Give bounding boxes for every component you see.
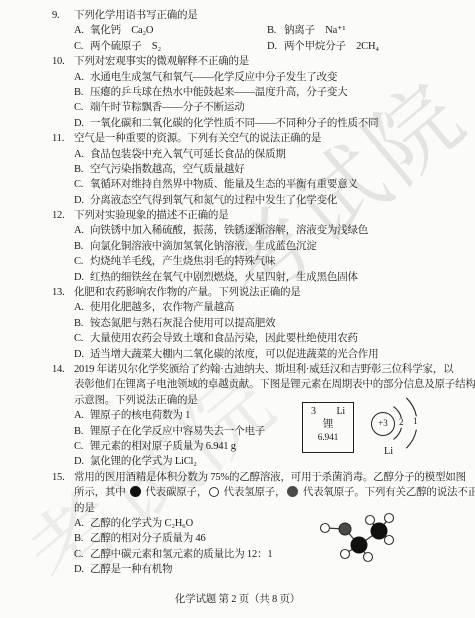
- option-text: 适当增大蔬菜大棚内二氧化碳的浓度，可以促进蔬菜的光合作用: [90, 347, 378, 362]
- question-number: 11.: [52, 131, 64, 146]
- option-label: C.: [74, 100, 83, 115]
- question-stem-line: 常用的医用酒精是体积分数为 75%的乙醇溶液，可用于杀菌消毒。乙醇分子的模型如图: [74, 470, 466, 485]
- option-row: A. 氧化钙 Ca₂O B. 钠离子 Na⁺¹: [0, 23, 475, 38]
- question-number: 14.: [52, 362, 65, 377]
- question-header: 9. 下列化学用语书写正确的是: [0, 8, 475, 23]
- question-10: 10. 下列对宏观事实的微观解释不正确的是 A. 水通电生成氢气和氧气——化学反…: [0, 54, 475, 131]
- element-mass: 6.941: [303, 432, 353, 444]
- question-stem: 下列化学用语书写正确的是: [74, 8, 198, 23]
- option-row: C. 端午时节粽飘香——分子不断运动: [0, 100, 475, 115]
- option-row: C. 大量使用农药会导致土壤和食品污染，因此要杜绝使用农药: [0, 331, 475, 346]
- question-stem-line: 示意图。下列说法正确的是: [74, 393, 198, 408]
- option-label: D.: [74, 347, 84, 362]
- option-row: B. 铵态氮肥与熟石灰混合使用可以提高肥效: [0, 316, 475, 331]
- option-label: A.: [74, 70, 84, 85]
- option-label: B.: [74, 239, 83, 254]
- question-header: 11. 空气是一种重要的资源。下列有关空气的说法正确的是: [0, 131, 475, 146]
- hydrogen-atom: [366, 516, 375, 525]
- option-text: 氯化锂的化学式为 LiCl₂: [90, 454, 197, 469]
- option-label: A.: [74, 147, 84, 162]
- option-label: D.: [74, 454, 84, 469]
- option-text: 分离液态空气得到氧气和氮气的过程中发生了化学变化: [90, 193, 337, 208]
- option-row: C. 灼烧纯羊毛线，产生烧焦羽毛的特殊气味: [0, 254, 475, 269]
- outer-shell-electron-count: 1: [413, 416, 418, 426]
- atom-diagram-label: Li: [384, 446, 393, 457]
- question-number: 13.: [52, 285, 65, 300]
- stem-segment: 所示，其中: [74, 487, 128, 498]
- carbon-atom: [351, 537, 368, 554]
- option-label: B.: [267, 23, 276, 38]
- option-label: A.: [74, 516, 84, 531]
- option-label: A.: [74, 300, 84, 315]
- option-label: A.: [74, 23, 84, 38]
- stem-segment: 代表碳原子，: [143, 487, 207, 498]
- carbon-atom-icon: [130, 486, 141, 497]
- question-stem-line: 2019 年诺贝尔化学奖颁给了约翰·古迪纳夫、斯坦利·威廷汉和吉野彰三位科学家，…: [74, 362, 453, 377]
- option-row: D. 红热的细铁丝在氧气中剧烈燃烧，火星四射，生成黑色固体: [0, 270, 475, 285]
- option-text: 乙醇的相对分子质量为 46: [90, 531, 206, 546]
- inner-shell-electron-count: 2: [399, 417, 404, 427]
- option-label: D.: [74, 562, 84, 577]
- option-row: A. 使用化肥越多，农作物产量越高: [0, 300, 475, 315]
- question-number: 15.: [52, 470, 65, 485]
- option-text: 锂原子的核电荷数为 1: [90, 408, 190, 423]
- option-row: D. 适当增大蔬菜大棚内二氧化碳的浓度，可以促进蔬菜的光合作用: [0, 347, 475, 362]
- option-text: 空气污染指数越高，空气质量越好: [90, 162, 245, 177]
- question-number: 12.: [52, 208, 65, 223]
- question-12: 12. 下列对实验现象的描述不正确的是 A. 向铁锈中加入稀硫酸，振荡，铁锈逐渐…: [0, 208, 475, 285]
- element-symbol: Li: [337, 406, 346, 417]
- option-row: A. 向铁锈中加入稀硫酸，振荡，铁锈逐渐溶解，溶液变为浅绿色: [0, 223, 475, 238]
- question-13: 13. 化肥和农药影响农作物的产量。下列说法正确的是 A. 使用化肥越多，农作物…: [0, 285, 475, 362]
- option-label: D.: [74, 270, 84, 285]
- question-stem: 下列对宏观事实的微观解释不正确的是: [74, 54, 249, 69]
- question-stem-line: 所示，其中 代表碳原子， 代表氢原子， 代表氧原子。下列有关乙醇的说法不正确: [74, 485, 475, 500]
- option-row: A. 食品包装袋中充入氧气可延长食品的保质期: [0, 147, 475, 162]
- stem-segment: 代表氧原子。下列有关乙醇的说法不正确: [300, 487, 475, 498]
- hydrogen-atom-icon: [209, 487, 219, 497]
- option-label: B.: [74, 85, 83, 100]
- option-label: D.: [74, 116, 84, 131]
- option-label: B.: [74, 531, 83, 546]
- option-text: 食品包装袋中充入氧气可延长食品的保质期: [90, 147, 286, 162]
- element-name: 锂: [303, 418, 353, 431]
- option-text: 向铁锈中加入稀硫酸，振荡，铁锈逐渐溶解，溶液变为浅绿色: [90, 223, 368, 238]
- option-text: 乙醇的化学式为 C₂H₆O: [90, 516, 193, 531]
- option-row: A. 水通电生成氢气和氧气——化学反应中分子发生了改变: [0, 70, 475, 85]
- option-text: 氧化钙 Ca₂O: [90, 23, 153, 38]
- option-row: B. 空气污染指数越高，空气质量越好: [0, 162, 475, 177]
- option-label: C.: [74, 439, 83, 454]
- option-text: 向氯化铜溶液中滴加氢氧化钠溶液，生成蓝色沉淀: [90, 239, 317, 254]
- question-header: 13. 化肥和农药影响农作物的产量。下列说法正确的是: [0, 285, 475, 300]
- option-row: D. 一氧化碳和二氧化碳的化学性质不同——不同种分子的性质不同: [0, 116, 475, 131]
- option-text: 锂元素的相对原子质量为 6.941 g: [90, 439, 236, 454]
- question-number: 10.: [52, 54, 65, 69]
- option-label: D.: [267, 39, 277, 54]
- option-label: C.: [74, 331, 83, 346]
- option-text: 大量使用农药会导致土壤和食品污染，因此要杜绝使用农药: [90, 331, 358, 346]
- option-text: 端午时节粽飘香——分子不断运动: [90, 100, 245, 115]
- stem-row: 所示，其中 代表碳原子， 代表氢原子， 代表氧原子。下列有关乙醇的说法不正确: [0, 485, 475, 500]
- hydrogen-atom: [321, 524, 330, 533]
- option-row: B. 向氯化铜溶液中滴加氢氧化钠溶液，生成蓝色沉淀: [0, 239, 475, 254]
- hydrogen-atom: [385, 514, 394, 523]
- option-text: 压瘪的乒乓球在热水中能鼓起来——温度升高，分子变大: [90, 85, 348, 100]
- option-text: 氧循环对维持自然界中物质、能量及生态的平衡有重要意义: [90, 177, 358, 192]
- exam-page: 考试院 考试院 9. 下列化学用语书写正确的是 A. 氧化钙 Ca₂O B. 钠…: [0, 0, 475, 618]
- question-stem: 空气是一种重要的资源。下列有关空气的说法正确的是: [74, 131, 321, 146]
- element-box-top-row: 3 Li: [303, 403, 353, 417]
- question-header: 14. 2019 年诺贝尔化学奖颁给了约翰·古迪纳夫、斯坦利·威廷汉和吉野彰三位…: [0, 362, 475, 377]
- oxygen-atom-icon: [287, 486, 298, 497]
- page-number-footer: 化学试题 第 2 页（共 8 页）: [0, 591, 475, 606]
- option-text: 灼烧纯羊毛线，产生烧焦羽毛的特殊气味: [90, 254, 275, 269]
- atomic-number: 3: [311, 406, 316, 417]
- option-label: A.: [74, 223, 84, 238]
- option-row: D. 分离液态空气得到氧气和氮气的过程中发生了化学变化: [0, 193, 475, 208]
- option-row: B. 压瘪的乒乓球在热水中能鼓起来——温度升高，分子变大: [0, 85, 475, 100]
- option-row: C. 氧循环对维持自然界中物质、能量及生态的平衡有重要意义: [0, 177, 475, 192]
- hydrogen-atom: [341, 550, 350, 559]
- option-label: B.: [74, 316, 83, 331]
- option-text: 使用化肥越多，农作物产量越高: [90, 300, 234, 315]
- option-text: 一氧化碳和二氧化碳的化学性质不同——不同种分子的性质不同: [90, 116, 378, 131]
- option-text: 钠离子 Na⁺¹: [284, 23, 345, 38]
- option-label: C.: [74, 39, 83, 54]
- hydrogen-atom: [385, 536, 394, 545]
- option-label: D.: [74, 193, 84, 208]
- question-header: 15. 常用的医用酒精是体积分数为 75%的乙醇溶液，可用于杀菌消毒。乙醇分子的…: [0, 470, 475, 485]
- ethanol-molecule-figure: [312, 510, 407, 565]
- question-stem: 化肥和农药影响农作物的产量。下列说法正确的是: [74, 285, 301, 300]
- question-header: 10. 下列对宏观事实的微观解释不正确的是: [0, 54, 475, 69]
- carbon-atom: [371, 523, 388, 540]
- question-stem: 下列对实验现象的描述不正确的是: [74, 208, 229, 223]
- lithium-element-box: 3 Li 锂 6.941: [302, 402, 354, 453]
- question-header: 12. 下列对实验现象的描述不正确的是: [0, 208, 475, 223]
- question-number: 9.: [52, 8, 59, 23]
- option-row: C. 两个硫原子 S₂ D. 两个甲烷分子 2CH₄: [0, 39, 475, 54]
- option-text: 锂原子在化学反应中容易失去一个电子: [90, 424, 265, 439]
- option-label: C.: [74, 547, 83, 562]
- option-text: 乙醇中碳元素和氢元素的质量比为 12：1: [90, 547, 272, 562]
- option-text: 两个甲烷分子 2CH₄: [284, 39, 379, 54]
- option-label: B.: [74, 162, 83, 177]
- option-text: 乙醇是一种有机物: [90, 562, 172, 577]
- option-label: B.: [74, 424, 83, 439]
- option-text: 两个硫原子 S₂: [90, 39, 161, 54]
- option-label: C.: [74, 177, 83, 192]
- question-9: 9. 下列化学用语书写正确的是 A. 氧化钙 Ca₂O B. 钠离子 Na⁺¹ …: [0, 8, 475, 54]
- option-text: 红热的细铁丝在氧气中剧烈燃烧，火星四射，生成黑色固体: [90, 270, 358, 285]
- hydrogen-atom: [364, 553, 373, 562]
- stem-segment: 代表氢原子，: [221, 487, 285, 498]
- exam-content: 9. 下列化学用语书写正确的是 A. 氧化钙 Ca₂O B. 钠离子 Na⁺¹ …: [0, 8, 475, 577]
- option-label: C.: [74, 254, 83, 269]
- option-label: A.: [74, 408, 84, 423]
- question-11: 11. 空气是一种重要的资源。下列有关空气的说法正确的是 A. 食品包装袋中充入…: [0, 131, 475, 208]
- option-text: 水通电生成氢气和氧气——化学反应中分子发生了改变: [90, 70, 337, 85]
- oxygen-atom: [339, 523, 351, 535]
- option-text: 铵态氮肥与熟石灰混合使用可以提高肥效: [90, 316, 275, 331]
- question-stem-line: 的是: [74, 501, 95, 516]
